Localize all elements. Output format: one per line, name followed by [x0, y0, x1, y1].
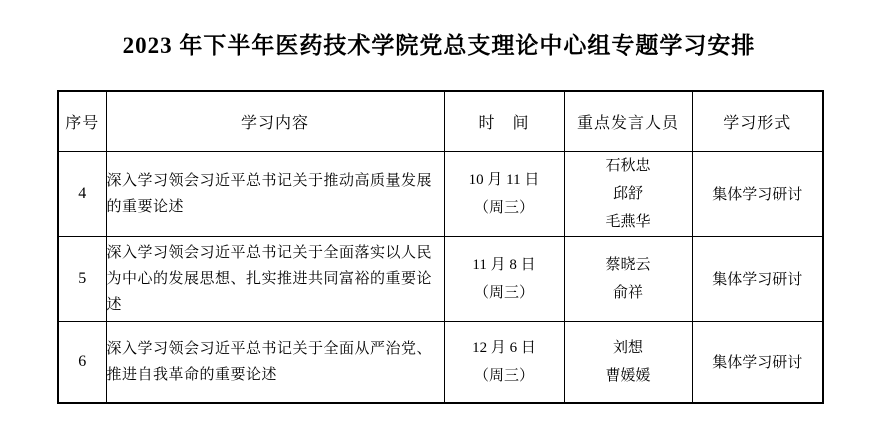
cell-speakers: 蔡晓云 俞祥	[564, 236, 692, 321]
document-title: 2023 年下半年医药技术学院党总支理论中心组专题学习安排	[0, 0, 878, 60]
cell-content: 深入学习领会习近平总书记关于全面落实以人民为中心的发展思想、扎实推进共同富裕的重…	[106, 236, 444, 321]
date-text: 10 月 11 日	[445, 166, 564, 194]
cell-format: 集体学习研讨	[692, 321, 823, 403]
date-text: 12 月 6 日	[445, 334, 564, 362]
cell-format: 集体学习研讨	[692, 151, 823, 236]
cell-serial: 5	[58, 236, 106, 321]
cell-speakers: 石秋忠 邱舒 毛燕华	[564, 151, 692, 236]
weekday-text: （周三）	[445, 194, 564, 222]
cell-content: 深入学习领会习近平总书记关于全面从严治党、推进自我革命的重要论述	[106, 321, 444, 403]
weekday-text: （周三）	[445, 279, 564, 307]
speaker-name: 毛燕华	[565, 208, 692, 236]
cell-date: 11 月 8 日 （周三）	[444, 236, 564, 321]
header-speakers: 重点发言人员	[564, 91, 692, 151]
document-page: 2023 年下半年医药技术学院党总支理论中心组专题学习安排 序号 学习内容 时 …	[0, 0, 878, 430]
weekday-text: （周三）	[445, 362, 564, 390]
cell-serial: 6	[58, 321, 106, 403]
cell-speakers: 刘想 曹媛媛	[564, 321, 692, 403]
cell-date: 12 月 6 日 （周三）	[444, 321, 564, 403]
header-serial: 序号	[58, 91, 106, 151]
cell-serial: 4	[58, 151, 106, 236]
cell-content: 深入学习领会习近平总书记关于推动高质量发展的重要论述	[106, 151, 444, 236]
speaker-name: 俞祥	[565, 279, 692, 307]
speaker-name: 曹媛媛	[565, 362, 692, 390]
cell-format: 集体学习研讨	[692, 236, 823, 321]
speaker-name: 刘想	[565, 334, 692, 362]
header-content: 学习内容	[106, 91, 444, 151]
schedule-table: 序号 学习内容 时 间 重点发言人员 学习形式 4 深入学习领会习近平总书记关于…	[57, 90, 824, 404]
table-row: 4 深入学习领会习近平总书记关于推动高质量发展的重要论述 10 月 11 日 （…	[58, 151, 823, 236]
table-header-row: 序号 学习内容 时 间 重点发言人员 学习形式	[58, 91, 823, 151]
header-time: 时 间	[444, 91, 564, 151]
cell-date: 10 月 11 日 （周三）	[444, 151, 564, 236]
speaker-name: 蔡晓云	[565, 251, 692, 279]
speaker-name: 石秋忠	[565, 152, 692, 180]
table-row: 5 深入学习领会习近平总书记关于全面落实以人民为中心的发展思想、扎实推进共同富裕…	[58, 236, 823, 321]
date-text: 11 月 8 日	[445, 251, 564, 279]
header-format: 学习形式	[692, 91, 823, 151]
table-row: 6 深入学习领会习近平总书记关于全面从严治党、推进自我革命的重要论述 12 月 …	[58, 321, 823, 403]
speaker-name: 邱舒	[565, 180, 692, 208]
